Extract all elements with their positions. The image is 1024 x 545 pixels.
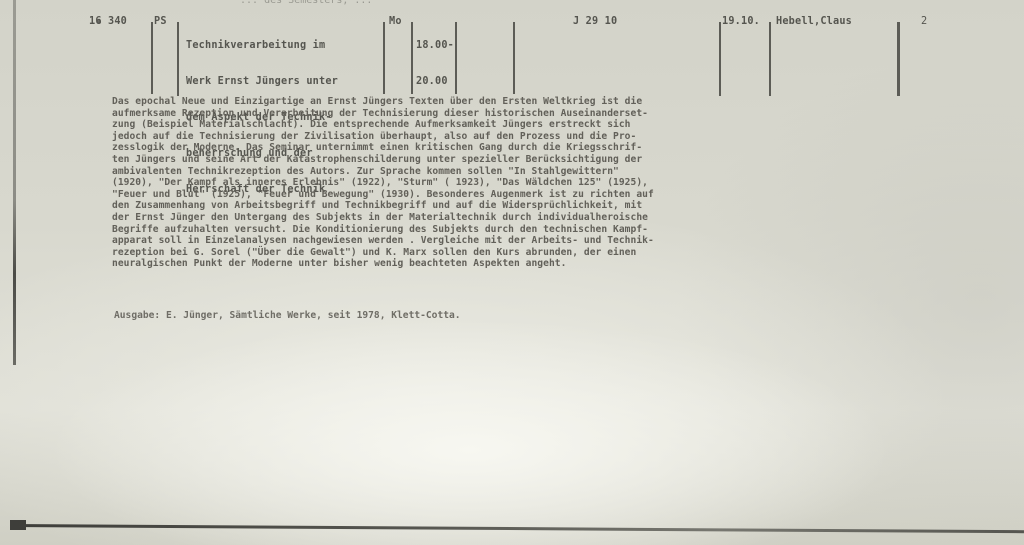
cut-off-header-text: ... des Semesters, ... <box>240 0 372 6</box>
column-divider <box>151 22 153 94</box>
description-line: apparat soll in Einzelanalysen nachgewie… <box>112 235 892 247</box>
description-line: den Zusammenhang von Arbeitsbegriff und … <box>112 200 892 212</box>
column-divider <box>769 22 771 96</box>
description-line: "Feuer und Blut" (1925), "Feuer und Bewe… <box>112 189 892 201</box>
description-line: jedoch auf die Technisierung der Zivilis… <box>112 131 892 143</box>
time-to: 20.00 <box>416 76 454 88</box>
course-room: J 29 10 <box>573 16 617 28</box>
course-title-line: Technikverarbeitung im <box>186 40 338 52</box>
course-hours: 2 <box>921 16 927 28</box>
course-number: 16 340 <box>89 16 127 28</box>
column-divider <box>411 22 413 94</box>
description-line: (1920), "Der Kampf als inneres Erlebnis"… <box>112 177 892 189</box>
column-divider <box>513 22 515 94</box>
course-start-date: 19.10. <box>722 16 760 28</box>
column-divider <box>383 22 385 94</box>
column-divider <box>177 22 179 96</box>
description-line: rezeption bei G. Sorel ("Über die Gewalt… <box>112 247 892 259</box>
course-description: Das epochal Neue und Einzigartige an Ern… <box>112 96 892 270</box>
description-line: neuralgischen Punkt der Moderne unter bi… <box>112 258 892 270</box>
course-entry-row: 16 340 PS Technikverarbeitung im Werk Er… <box>0 14 1024 88</box>
course-instructor: Hebell,Claus <box>776 16 852 28</box>
description-line: ambivalenten Technikrezeption des Autors… <box>112 166 892 178</box>
course-type: PS <box>154 16 167 28</box>
column-divider <box>897 22 900 96</box>
course-day: Mo <box>389 16 402 28</box>
description-line: Das epochal Neue und Einzigartige an Ern… <box>112 96 892 108</box>
column-divider <box>719 22 721 96</box>
column-divider <box>455 22 457 94</box>
course-title-line: Werk Ernst Jüngers unter <box>186 76 338 88</box>
edition-note: Ausgabe: E. Jünger, Sämtliche Werke, sei… <box>114 310 461 321</box>
description-line: zesslogik der Moderne. Das Seminar unter… <box>112 142 892 154</box>
time-from: 18.00- <box>416 40 454 52</box>
description-line: zung (Beispiel Materialschlacht). Die en… <box>112 119 892 131</box>
description-line: der Ernst Jünger den Untergang des Subje… <box>112 212 892 224</box>
description-line: aufmerksame Rezeption und Verarbeitung d… <box>112 108 892 120</box>
description-line: ten Jüngers und seine Art der Katastroph… <box>112 154 892 166</box>
description-line: Begriffe aufzuhalten versucht. Die Kondi… <box>112 224 892 236</box>
